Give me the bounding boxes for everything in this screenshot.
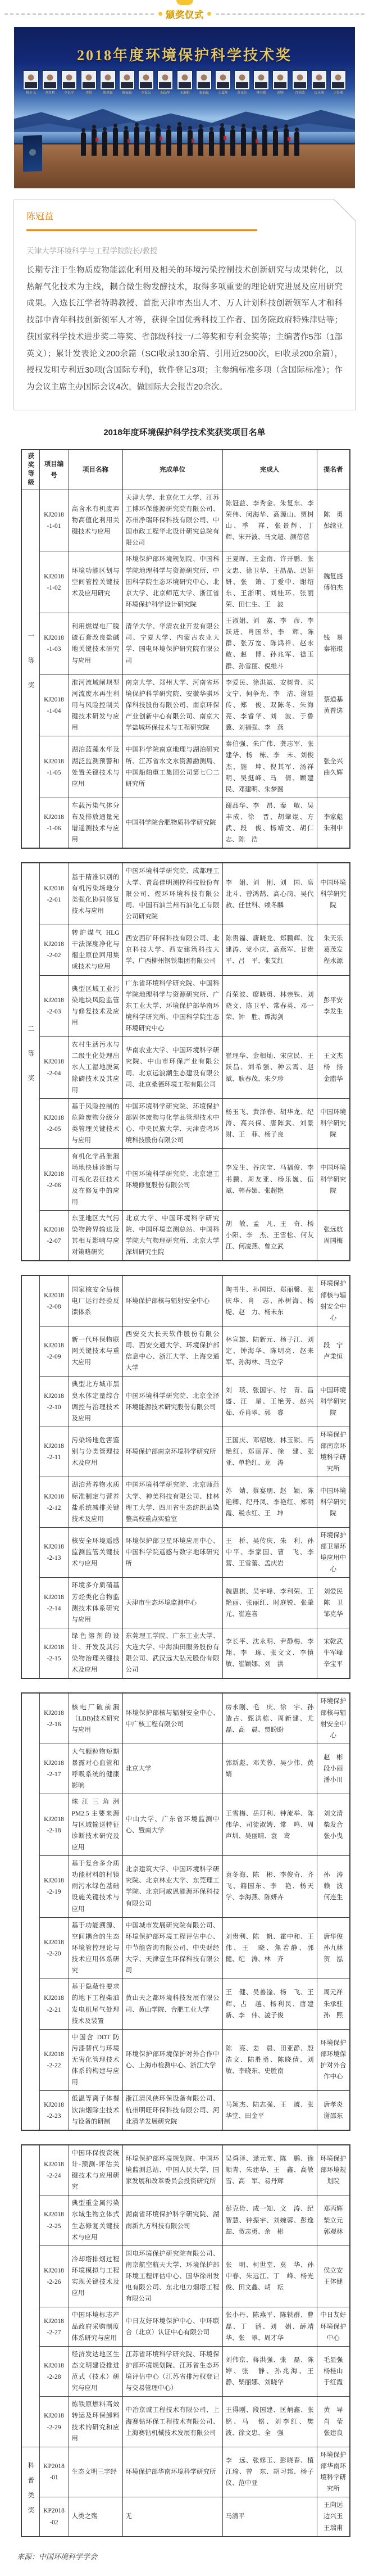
completing-units: 中国环境科学研究院、成都理工大学、青岛佳明测控科技股份有限公司、煜环环境科技有限… bbox=[122, 863, 222, 925]
project-code: KJ2018 -2-27 bbox=[39, 2307, 69, 2346]
nominator: 环境保护部南京环境科学研究所 bbox=[317, 1427, 350, 1477]
completing-units: 中国科学院南京地理与湖泊研究所、江苏省水文水资源勘测局、中国船舶重工集团公司第七… bbox=[122, 736, 222, 798]
award-tables: 获奖等级项目编号项目名称完成单位完成人提名者一等奖KJ2018 -1-01高含水… bbox=[21, 449, 348, 2537]
table-row: KJ2018 -2-21基于隐蔽性要求的地下工程柴油发电机尾气处理技术及装置黄山… bbox=[21, 1979, 350, 2030]
completing-units: 南京大学、郑州大学、河南省环境保护科学研究院、安徽华骐环保科技股份有限公司、南京… bbox=[122, 674, 222, 736]
winner-portrait: 林宣雄 bbox=[253, 71, 269, 96]
project-name: 淮河流域闸坝型河流废水再生利用与风险控制关键技术研发与应用 bbox=[69, 674, 122, 736]
table-row: KJ2018 -2-08国家核安全局核电厂运行经验反馈体系环境保护部核与辐射安全… bbox=[21, 1275, 350, 1326]
project-code: KJ2018 -2-21 bbox=[39, 1979, 69, 2030]
completing-people: 李长平、沈永明、尹静梅、李 翔、李 琢、张文文、李慎敏、崔颖娜、刘 洪 bbox=[222, 1628, 317, 1678]
award-grade-label bbox=[21, 2145, 39, 2447]
completing-units: 国电环境保护研究院有限公司、南京航空航天大学、环境保护部环境工程评估中心、国华徐… bbox=[122, 2245, 222, 2307]
nominator: 钱 易 秦裕琨 bbox=[317, 613, 350, 675]
completing-people: 王国庆、邓绍坡、林玉锁、冯艳红、郑丽萍、徐 建、张 亚、单艳红、龙 涛 bbox=[222, 1427, 317, 1477]
award-table-block-4: KJ2018 -2-16核电厂破前漏（LBB)技术研究与应用环境保护部核与辐射安… bbox=[21, 1692, 350, 2130]
people-silhouettes bbox=[31, 116, 349, 156]
completing-units: 中国环境科学研究院、环境保护部固体废物与化学品管理技术中心、中央民族大学、天津壹… bbox=[122, 1098, 222, 1149]
award-list-title: 2018年度环境保护科学技术奖获奖项目名单 bbox=[0, 426, 369, 438]
winner-portrait: 张明 bbox=[272, 71, 288, 96]
table-row: KJ2018 -2-25典型重金属污染水域生物立体式生态修复关键技术与应用湖南省… bbox=[21, 2195, 350, 2246]
table-row: KJ2018 -1-02环境功能区划与空间管控关键技术及应用研究环境保护部环境规… bbox=[21, 551, 350, 613]
project-code: KJ2018 -2-09 bbox=[39, 1326, 69, 1377]
project-name: 农村生活污水与二级生化处理出水人工湿地脱氮除磷技术及其应用 bbox=[69, 1037, 122, 1099]
winner-portrait: 杨玉飞 bbox=[23, 71, 39, 96]
page: 颁奖仪式 2018年度环境保护科学技术奖 杨玉飞刘贵利李长平李娟陈贵福陈冠益李爱… bbox=[0, 0, 369, 2561]
table-row: KJ2018 -2-20基于功能溯源、空间耦合的生态环境管控理论与技术应用体系研… bbox=[21, 1917, 350, 1979]
table-row: KJ2018 -2-23低温等离子体餐饮油烟除尘技术与设备的研制浙江清风侠环保设… bbox=[21, 2091, 350, 2130]
award-grade-label: 科普类奖 bbox=[21, 2447, 39, 2536]
winner-portrait: 李爱民 bbox=[138, 71, 154, 96]
portrait-name: 彭克俭 bbox=[236, 91, 248, 94]
completing-units: 西安西矿环保科技有限公司、北京科技大学、西安建筑科技大学、广西柳州钢铁集团有限公… bbox=[122, 925, 222, 976]
project-code: KJ2018 -2-02 bbox=[39, 925, 69, 976]
project-name: 炼铁原燃料高效转运及环保卸料技术的研究和应用 bbox=[69, 2397, 122, 2447]
completing-people: 陈冠益、李秀金、朱复东、李荣伟、闵海华、高源山、贾树山、季 祥、张景辉、丁 辉、… bbox=[222, 490, 317, 551]
person-silhouette bbox=[81, 132, 86, 156]
project-code: KJ2018 -2-23 bbox=[39, 2091, 69, 2130]
nominator: 唐孝炎 谢邵东 bbox=[317, 2091, 350, 2130]
completing-people: 林宣雄、陆新元、杨子江、刘 定、钟海华、陈明亮、赵来军、孙海林、马立学 bbox=[222, 1326, 317, 1377]
completing-people: 王夏晖、王金南、许开鹏、张文忠、徐卫华、王晶晶、迟妍妍、张 箫、丁爱中、谢绍东、… bbox=[222, 551, 317, 613]
project-code: KJ2018 -2-03 bbox=[39, 975, 69, 1037]
nominator: 张远航 周国梅 bbox=[317, 1210, 350, 1261]
nominator: 环境保护部核与辐射安全中心 bbox=[317, 1275, 350, 1326]
portrait-photo bbox=[158, 71, 172, 89]
nominator: 宋乾武 牛军峰 辛宝平 bbox=[317, 1628, 350, 1678]
portrait-name: 李娟 bbox=[83, 91, 94, 94]
project-name: 大气颗粒物短期暴露对心血管和呼吸系统的健康影响 bbox=[69, 1744, 122, 1794]
table-row: KJ2018 -2-03典型区域工业污染地块风险监管与修复技术及应用广东省环境科… bbox=[21, 975, 350, 1037]
person-silhouette bbox=[124, 130, 129, 156]
portrait-name: 李爱民 bbox=[140, 91, 152, 94]
person-silhouette bbox=[134, 126, 139, 156]
completing-units: 中国科学院合肥物质科学研究院 bbox=[122, 798, 222, 848]
project-name: 基于精准识别的有机污染场地分类强化协同修复技术与应用 bbox=[69, 863, 122, 925]
nominator: 中国环境科学研究院 bbox=[317, 1149, 350, 1211]
completing-people: 刘贵利、陈 帆、霍中和、王 伟、王 晓、焦若静、郭 健、纪 涛、林 齐 bbox=[222, 1917, 317, 1979]
project-name: 国家核安全局核电厂运行经验反馈体系 bbox=[69, 1275, 122, 1326]
nominator: 张全兴 曲久辉 bbox=[317, 736, 350, 798]
completing-people: 崔理华、金相灿、宋应民、王跃昌、刘希强、种云霄、赵 斌、耿春茂、朱夕珍 bbox=[222, 1037, 317, 1099]
person-silhouette bbox=[92, 129, 97, 156]
nominator: 中国环境科学研究院 bbox=[317, 863, 350, 925]
portrait-photo bbox=[62, 71, 76, 89]
portrait-photo bbox=[177, 71, 192, 89]
completing-people: 谢品华、李 昂、秦 敏、吴丰成、徐 晋、胡肇焜、方 武、段 俊、杨靖文、胡仁志、… bbox=[222, 798, 317, 848]
portrait-name: 杨玉飞 bbox=[25, 91, 37, 94]
folded-corner-icon bbox=[334, 200, 356, 221]
table-row: KJ2018 -1-04淮河流域闸坝型河流废水再生利用与风险控制关键技术研发与应… bbox=[21, 674, 350, 736]
completing-people: 张 明、柯世堂、莫 华、孙中春、朱远江、丁 峰、杨光俊、田文鑫、胡 耘 bbox=[222, 2245, 317, 2307]
project-name: 典型北方城市黑臭水体定量综合调控与治理技术及应用 bbox=[69, 1377, 122, 1427]
completing-units: 环境保护部卫星环境应用中心、中国科学院遥感与数字地球研究所 bbox=[122, 1527, 222, 1578]
winner-portrait: 王淑娟 bbox=[177, 71, 193, 96]
project-name: 中国环境标志产品政府采购制度体系研究与应用 bbox=[69, 2307, 122, 2346]
completing-people: 杨玉飞、黄泽春、胡华龙、纪 涛、高兴保、唐阵武、刘景财、王 菲、杨子良 bbox=[222, 1098, 317, 1149]
project-name: 高含水有机废弃物高值化利用关键技术与应用 bbox=[69, 490, 122, 551]
person-silhouette bbox=[284, 128, 289, 156]
completing-units: 北京大学、中国环境科学研究院、中国环境监测总站、中国科学院大气物理研究所、北京大… bbox=[122, 1210, 222, 1261]
project-name: 冷却塔排烟过程环境模拟与工程实现关键技术及应用 bbox=[69, 2245, 122, 2307]
screen-title: 2018年度环境保护科学技术奖 bbox=[14, 44, 355, 65]
winner-portrait: 李长平 bbox=[61, 71, 77, 96]
project-code: KJ2018 -2-17 bbox=[39, 1744, 69, 1794]
nominator: 中国环境科学研究院 bbox=[317, 1098, 350, 1149]
completing-people: 陈 亮、姜 晨、田亚静、殷浩文、陆胜勇、陈晓倩、刘 敏、李晓东、史胜南 bbox=[222, 2029, 317, 2091]
project-code: KJ2018 -2-24 bbox=[39, 2145, 69, 2195]
project-code: KJ2018 -2-13 bbox=[39, 1527, 69, 1578]
person-silhouette bbox=[102, 131, 107, 156]
winner-portrait: 谢品华 bbox=[157, 71, 173, 96]
completing-units: 环境保护部环境规划院、中国科学院地理科学与资源研究所、中国科学院生态环境研究中心… bbox=[122, 551, 222, 613]
table-row: KJ2018 -2-14环境多介质硝基芳烃类化合物监测技术体系研究与应用天津市生… bbox=[21, 1578, 350, 1628]
completing-people: 吴舜泽、逯元堂、陈 鹏、徐顺青、朱建华、王 鑫、高敏雪、高 军、易丹辉 bbox=[222, 2145, 317, 2195]
ceremony-photo: 2018年度环境保护科学技术奖 杨玉飞刘贵利李长平李娟陈贵福陈冠益李爱民谢品华王… bbox=[14, 27, 355, 188]
completing-units: 北京建筑大学、中国环境科学研究院、北京林业大学、东莞理工学院、北京阿威恩能源环保… bbox=[122, 1856, 222, 1918]
portrait-name: 秦伯强 bbox=[198, 91, 209, 94]
person-silhouette bbox=[145, 130, 150, 156]
project-name: 环境多介质硝基芳烃类化合物监测技术体系研究与应用 bbox=[69, 1578, 122, 1628]
person-silhouette bbox=[156, 128, 161, 156]
section-badge: 颁奖仪式 bbox=[158, 7, 211, 20]
award-table-block-2: 二等奖KJ2018 -2-01基于精准识别的有机污染场地分类强化协同修复技术与应… bbox=[21, 862, 350, 1261]
portrait-name: 房永刚 bbox=[313, 91, 325, 94]
portrait-photo bbox=[197, 71, 211, 89]
winner-portrait: 陈贵福 bbox=[100, 71, 116, 96]
nominator: 中国环境科学研究院 bbox=[317, 1477, 350, 1528]
winner-portrait: 房永刚 bbox=[311, 71, 327, 96]
project-name: 有机化学品泄漏场地快速诊断与可视化表征技术及在修复中的应用 bbox=[69, 1149, 122, 1211]
nominator: 魏复盛 傅伯杰 bbox=[317, 551, 350, 613]
table-row: KJ2018 -2-22中国含 DDT 防污漆替代与环境无害化管理技术体系的构建… bbox=[21, 2029, 350, 2091]
nominator: 侯立安 王体健 bbox=[317, 2245, 350, 2307]
project-code: KP2018 -01 bbox=[39, 2447, 69, 2497]
table-row: KJ2018 -1-05湖泊蓝藻水华及湖泛监测预警和处置关键技术与应用中国科学院… bbox=[21, 736, 350, 798]
nominator: 刘文清 柴发合 张小曳 bbox=[317, 1794, 350, 1856]
project-name: 核安全环境遥感监测监管关键技术与应用 bbox=[69, 1527, 122, 1578]
nominator: 郑丙辉 柴立元 郭观林 bbox=[317, 2195, 350, 2246]
portrait-name: 张明 bbox=[275, 91, 286, 94]
column-header: 获奖等级 bbox=[21, 450, 39, 490]
nominator: 王向远 边兴玉 王瑞甫 bbox=[317, 2497, 350, 2537]
table-row: KJ2018 -1-06车载污染气体分布及排放通量光谱遥测技术与应用中国科学院合… bbox=[21, 798, 350, 848]
portrait-name: 陈贵福 bbox=[102, 91, 113, 94]
completing-people: 胡 敏、孟 凡、王 奇、杨小阳、李 杰、王雪松、何友江、何凌燕、曾立武 bbox=[222, 1210, 317, 1261]
column-header: 项目编号 bbox=[39, 450, 69, 490]
nominator: 黄 导 肖 莹 张建良 bbox=[317, 2397, 350, 2447]
award-grade-label bbox=[21, 1275, 39, 1678]
table-row: KJ2018 -2-28经济发达地区生态文明建设推进范式（技术）研究与应用江苏省… bbox=[21, 2346, 350, 2397]
table-row: KJ2018 -2-13核安全环境遥感监测监管关键技术与应用环境保护部卫星环境应… bbox=[21, 1527, 350, 1578]
project-code: KJ2018 -2-01 bbox=[39, 863, 69, 925]
table-row: KJ2018 -2-15绿色溶剂的设计、开发及其污染物治理关键技术及应用东莞理工… bbox=[21, 1628, 350, 1678]
project-code: KJ2018 -2-04 bbox=[39, 1037, 69, 1099]
completing-units: 江苏省环境科学研究院、环境保护部环境规划院、江苏省生态环境评估中心（江苏省排污权… bbox=[122, 2346, 222, 2397]
winner-portrait: 秦伯强 bbox=[196, 71, 212, 96]
nominator: 毛显强 杨桂山 于红霞 bbox=[317, 2346, 350, 2397]
project-code: KP2018 -02 bbox=[39, 2497, 69, 2537]
project-code: KJ2018 -2-18 bbox=[39, 1794, 69, 1856]
project-name: 核电厂破前漏（LBB)技术研究与应用 bbox=[69, 1693, 122, 1744]
project-name: 基于风险控制的危险废物分级分类管理关键技术与应用 bbox=[69, 1098, 122, 1149]
completing-units: 中国城市发展研究院有限公司、环境保护部环境工程评估中心、中节能咨询有限公司、中央… bbox=[122, 1917, 222, 1979]
award-table-block-5: KJ2018 -2-24中国环保投资统计-预测-评估关键技术与应用研究环境保护部… bbox=[21, 2144, 350, 2537]
project-code: KJ2018 -2-11 bbox=[39, 1427, 69, 1477]
table-row: KJ2018 -2-19基于复合多介质功能材料的村镇雨污水绿色基础设施关键技术与… bbox=[21, 1856, 350, 1918]
completing-people: 秦伯强、朱广伟、龚志军、张建华、杨 栋、李 未、刘俊杰、施 坤、倪其军、汤祥明、… bbox=[222, 736, 317, 798]
winner-portraits-row: 杨玉飞刘贵利李长平李娟陈贵福陈冠益李爱民谢品华王淑娟秦伯强王夏晖彭克俭林宣雄张明… bbox=[23, 71, 346, 96]
portrait-name: 林宣雄 bbox=[256, 91, 267, 94]
completing-units: 东莞理工学院、广东工业大学、大连大学、中海油田服务股份有限公司、武汉远大弘元股份… bbox=[122, 1628, 222, 1678]
completing-people: 苏 婧、蔡宴朋、赵 颖、陈艳卿、纪丹凤、李艳红、郑明霞、税永红、王 坤 bbox=[222, 1477, 317, 1528]
completing-people: 王 桥、吴传庆、朱 利、孙中平、李家国、曹 飞、李 营、王雪蕾、孟庆岩 bbox=[222, 1527, 317, 1578]
project-code: KJ2018 -2-05 bbox=[39, 1098, 69, 1149]
project-code: KJ2018 -1-03 bbox=[39, 613, 69, 675]
project-name: 低温等离子体餐饮油烟除尘技术与设备的研制 bbox=[69, 2091, 122, 2130]
completing-units: 中国环境科学研究院、北京师范大学、神美科技有限公司、桂林理工大学、四川省生态纺织… bbox=[122, 1477, 222, 1528]
completing-units: 天津大学、北京化工大学、江苏工博环保能源研究院有限公司、苏州净瑞环保科技有限公司… bbox=[122, 490, 222, 551]
award-table-block-3: KJ2018 -2-08国家核安全局核电厂运行经验反馈体系环境保护部核与辐射安全… bbox=[21, 1275, 350, 1679]
table-row: 一等奖KJ2018 -1-01高含水有机废弃物高值化利用关键技术与应用天津大学、… bbox=[21, 490, 350, 551]
nominator: 陈 勇 彭续亚 bbox=[317, 490, 350, 551]
completing-people: 魏恩棋、吴宇峰、李利荣、王艳丽、张丽红、时庭锐、张肇元、崔连喜 bbox=[222, 1578, 317, 1628]
dashed-line-left bbox=[4, 13, 154, 15]
completing-units: 环境保护部环境规划院、中国环境监测总站、中国人民大学、国家发展和改革委员会投资研… bbox=[122, 2145, 222, 2195]
table-row: KJ2018 -2-24中国环保投资统计-预测-评估关键技术与应用研究环境保护部… bbox=[21, 2145, 350, 2195]
completing-units: 无 bbox=[122, 2497, 222, 2537]
project-name: 典型重金属污染水域生物立体式生态修复关键技术与应用 bbox=[69, 2195, 122, 2246]
nominator: 中日友好环境保护中心 bbox=[317, 2307, 350, 2346]
winner-portrait: 刘贵利 bbox=[42, 71, 58, 96]
table-row: 二等奖KJ2018 -2-01基于精准识别的有机污染场地分类强化协同修复技术与应… bbox=[21, 863, 350, 925]
person-silhouette bbox=[220, 127, 225, 156]
nominator: 刘爱民 陈 卫 邹克华 bbox=[317, 1578, 350, 1628]
completing-people: 李爱民、徐洪斌、安树青、买文宁、何争光、李 洁、谢显传、郑 俊、双陈冬、朱海亮、… bbox=[222, 674, 317, 736]
project-name: 基于功能溯源、空间耦合的生态环境管控理论与技术应用体系研究 bbox=[69, 1917, 122, 1979]
person-silhouette bbox=[273, 130, 278, 156]
completing-people: 马颖杰、陆志强、王 琥、张华堂、田金平 bbox=[222, 2091, 317, 2130]
project-name: 珠江三角洲 PM2.5 主要来源与区域输送特征诊断技术研究及应用 bbox=[69, 1794, 122, 1856]
nominator: 环境保护部环境规划院 bbox=[317, 2145, 350, 2195]
table-row: 科普类奖KP2018 -01生态文明三字经环境保护部华南环境科学研究所李 远、张… bbox=[21, 2447, 350, 2497]
project-code: KJ2018 -1-04 bbox=[39, 674, 69, 736]
table-row: KJ2018 -2-10典型北方城市黑臭水体定量综合调控与治理技术及应用中国环境… bbox=[21, 1377, 350, 1427]
completing-units: 环境保护部环境保护对外合作中心、上海市检测中心、浙江大学 bbox=[122, 2029, 222, 2091]
nominator: 中国环境科学研究院 bbox=[317, 1377, 350, 1427]
nominator: 环境保护部环境保护对外合作中心 bbox=[317, 2029, 350, 2091]
project-name: 生态文明三字经 bbox=[69, 2447, 122, 2497]
portrait-photo bbox=[101, 71, 115, 89]
completing-people: 陶书生、孙国臣、郑丽馨、张庆华、肖 志、孙树海、杨 堤、赵 力、杨未东 bbox=[222, 1275, 317, 1326]
person-silhouette bbox=[241, 128, 246, 156]
completing-units: 中冶京诚工程技术有限公司、上海赛钻环保工程技术有限公司、上海赛钻机械技术发展有限… bbox=[122, 2397, 222, 2447]
project-name: 人类之殇 bbox=[69, 2497, 122, 2537]
completing-people: 郭新彪、邓芙蓉、吴少伟、黄 婧 bbox=[222, 1744, 317, 1794]
project-name: 车载污染气体分布及排放通量光谱遥测技术与应用 bbox=[69, 798, 122, 848]
completing-people: 刘 琰、张国宇、付 青、昌 盛、汪 星、王艳芳、赵兴茹、乔肖翠、郭 睿 bbox=[222, 1377, 317, 1427]
portrait-name: 王夏晖 bbox=[217, 91, 229, 94]
project-name: 基于复合多介质功能材料的村镇雨污水绿色基础设施关键技术与应用 bbox=[69, 1856, 122, 1918]
person-silhouette bbox=[262, 129, 267, 156]
nominator: 朱天乐 葛茂发 程水源 bbox=[317, 925, 350, 976]
project-code: KJ2018 -2-07 bbox=[39, 1210, 69, 1261]
profile-bio: 长期专注于生物质废物能源化利用及相关的环境污染控制技术创新研究与成果转化，以热解… bbox=[26, 262, 343, 396]
completing-units: 湖南省环境保护科学研究院、湖南新九方科技有限公司 bbox=[122, 2195, 222, 2246]
project-name: 中国环保投资统计-预测-评估关键技术与应用研究 bbox=[69, 2145, 122, 2195]
table-row: KP2018 -02人类之殇无马清平王向远 边兴玉 王瑞甫 bbox=[21, 2497, 350, 2537]
portrait-photo bbox=[216, 71, 230, 89]
orange-rule bbox=[26, 229, 257, 231]
source-note: 来源：中国环境科学学会 bbox=[17, 2551, 369, 2561]
table-row: KJ2018 -2-12湖泊营养物水质标准制定与营养盐系统减排关键技术及应用中国… bbox=[21, 1477, 350, 1528]
portrait-name: 陈冠益 bbox=[121, 91, 133, 94]
podium bbox=[23, 135, 42, 172]
portrait-name: 李长平 bbox=[63, 91, 75, 94]
person-silhouette bbox=[177, 126, 182, 156]
portrait-photo bbox=[254, 71, 268, 89]
project-name: 湖泊蓝藻水华及湖泛监测预警和处置关键技术与应用 bbox=[69, 736, 122, 798]
portrait-photo bbox=[43, 71, 57, 89]
person-silhouette bbox=[188, 130, 193, 156]
completing-units: 环境保护部华南环境科学研究所 bbox=[122, 2447, 222, 2497]
portrait-name: 刘贵利 bbox=[44, 91, 56, 94]
project-name: 环境功能区划与空间管控关键技术及应用研究 bbox=[69, 551, 122, 613]
person-silhouette bbox=[198, 128, 203, 156]
project-code: KJ2018 -1-01 bbox=[39, 490, 69, 551]
completing-people: 马清平 bbox=[222, 2497, 317, 2537]
nominator: 王文杰 杨 扬 金腊华 bbox=[317, 1037, 350, 1099]
completing-units: 广东省环境科学研究院、中国科学院地理科学与资源研究所、广东工业大学、环境保护部华… bbox=[122, 975, 222, 1037]
nominator: 赵 彬 段小丽 潘小川 bbox=[317, 1744, 350, 1794]
table-row: KJ2018 -2-27中国环境标志产品政府采购制度体系研究与应用中日友好环境保… bbox=[21, 2307, 350, 2346]
project-code: KJ2018 -2-12 bbox=[39, 1477, 69, 1528]
table-row: KJ2018 -2-09新一代环保物联网关键技术与重大应用西安交大长天软件股份有… bbox=[21, 1326, 350, 1377]
portrait-photo bbox=[293, 71, 307, 89]
completing-people: 房永刚、毛 庆、徐 宇、孙造占、甄洪栋、周新建、尤 磊、高 晨、贾盼盼 bbox=[222, 1693, 317, 1744]
project-name: 转炉煤气 HLG 干法深度净化与烟尘原位回用集成技术与应用 bbox=[69, 925, 122, 976]
portrait-photo bbox=[120, 71, 134, 89]
project-name: 经济发达地区生态文明建设推进范式（技术）研究与应用 bbox=[69, 2346, 122, 2397]
completing-units: 华南农业大学、中国环境科学研究院、中山市环保产业有限公司、北京远浪潮生态建设有限… bbox=[122, 1037, 222, 1099]
table-row: KJ2018 -2-07东亚地区大气污染物跨界输送及其相互影响与应对策略研究北京… bbox=[21, 1210, 350, 1261]
table-row: KJ2018 -2-11污染场地危害鉴别与分类管理技术及应用环境保护部南京环境科… bbox=[21, 1427, 350, 1477]
completing-people: 彭克俭、成一知、文 涛、纪智慧、钟振宇、刘婉蓉、彭逸喆、贺志勇、余 彬 bbox=[222, 2195, 317, 2246]
nominator: 环境保护部华南环境科学研究所 bbox=[317, 2447, 350, 2497]
portrait-photo bbox=[81, 71, 96, 89]
column-header: 提名者 bbox=[317, 450, 350, 490]
nominator: 周元祥 朱承驻 孙 熙 bbox=[317, 1979, 350, 2030]
project-name: 中国含 DDT 防污漆替代与环境无害化管理技术体系的构建与应用 bbox=[69, 2029, 122, 2091]
column-header: 项目名称 bbox=[69, 450, 122, 490]
project-code: KJ2018 -1-05 bbox=[39, 736, 69, 798]
table-row: KJ2018 -2-26冷却塔排烟过程环境模拟与工程实现关键技术及应用国电环境保… bbox=[21, 2245, 350, 2307]
table-row: KJ2018 -2-06有机化学品泄漏场地快速诊断与可视化表征技术及在修复中的应… bbox=[21, 1149, 350, 1211]
project-name: 湖泊营养物水质标准制定与营养盐系统减排关键技术及应用 bbox=[69, 1477, 122, 1528]
nominator: 彭平安 李发生 bbox=[317, 975, 350, 1037]
person-silhouette bbox=[166, 129, 171, 156]
project-code: KJ2018 -2-06 bbox=[39, 1149, 69, 1211]
winner-portrait: 李娟 bbox=[81, 71, 97, 96]
completing-people: 李发生、谷庆宝、马福俊、李书鹏、周友亚、杨乐巍、伍 斌、韩春媚、张超艳 bbox=[222, 1149, 317, 1211]
project-code: KJ2018 -2-16 bbox=[39, 1693, 69, 1744]
project-name: 新一代环保物联网关键技术与重大应用 bbox=[69, 1326, 122, 1377]
winner-portrait: 彭克俭 bbox=[234, 71, 250, 96]
column-header: 完成单位 bbox=[122, 450, 222, 490]
completing-units: 西安交大长天软件股份有限公司、西安交通大学、环境保护部信息中心、浙江大学、上海交… bbox=[122, 1326, 222, 1377]
winner-portrait: 陈冠益 bbox=[119, 71, 135, 96]
nominator: 段 宁 卢秉恒 bbox=[317, 1326, 350, 1377]
nominator: 环境保护部卫星环境应用中心 bbox=[317, 1527, 350, 1578]
completing-people: 刘伟京、蒋洪强、张 磊、陈 婷、张 静、孙兆海、王 静、柴丽娜、刘晓华 bbox=[222, 2346, 317, 2397]
completing-people: 王雪梅、岳玎利、钟流举、陈伟华、司徒淑娉、常 鸣、周声圳、吴丽晴、袁 鸾 bbox=[222, 1794, 317, 1856]
project-code: KJ2018 -2-25 bbox=[39, 2195, 69, 2246]
award-grade-label: 一等奖 bbox=[21, 490, 39, 848]
completing-people: 王淑娟、刘 嘉、李 彦、李跃进、肖国举、李 辉、陈 群、张万宽、陈鸿祥、赵永敢、… bbox=[222, 613, 317, 675]
section-badge-label: 颁奖仪式 bbox=[166, 7, 204, 20]
table-row: KJ2018 -2-05基于风险控制的危险废物分级分类管理关键技术与应用中国环境… bbox=[21, 1098, 350, 1149]
portrait-photo bbox=[139, 71, 153, 89]
award-grade-label: 二等奖 bbox=[21, 863, 39, 1261]
table-header-row: 获奖等级项目编号项目名称完成单位完成人提名者 bbox=[21, 450, 350, 490]
project-code: KJ2018 -2-28 bbox=[39, 2346, 69, 2397]
winner-portrait: 王夏晖 bbox=[215, 71, 231, 96]
completing-units: 环境保护部南京环境科学研究所 bbox=[122, 1427, 222, 1477]
table-row: KJ2018 -2-16核电厂破前漏（LBB)技术研究与应用环境保护部核与辐射安… bbox=[21, 1693, 350, 1744]
portrait-name: 王淑娟 bbox=[179, 91, 190, 94]
section-divider: 颁奖仪式 bbox=[4, 7, 365, 20]
completing-people: 李 娟、刘 俐、刘 国、席北斗、曾鸿鹄、高心岗、吴代赦、任世科、赖冬麟 bbox=[222, 863, 317, 925]
person-silhouette bbox=[113, 128, 118, 156]
project-code: KJ2018 -2-15 bbox=[39, 1628, 69, 1678]
portrait-photo bbox=[312, 71, 326, 89]
table-row: KJ2018 -2-18珠江三角洲 PM2.5 主要来源与区域输送特征诊断技术研… bbox=[21, 1794, 350, 1856]
completing-units: 中国环境科学研究院、北京金泽环境能源技术研究股份有限公司 bbox=[122, 1377, 222, 1427]
project-code: KJ2018 -1-02 bbox=[39, 551, 69, 613]
project-code: KJ2018 -2-14 bbox=[39, 1578, 69, 1628]
profile-name: 陈冠益 bbox=[26, 209, 343, 222]
table-row: KJ2018 -2-02转炉煤气 HLG 干法深度净化与烟尘原位回用集成技术与应… bbox=[21, 925, 350, 976]
table-row: KJ2018 -2-17大气颗粒物短期暴露对心血管和呼吸系统的健康影响北京大学郭… bbox=[21, 1744, 350, 1794]
completing-units: 中山大学、广东省环境监测中心、暨南大学 bbox=[122, 1794, 222, 1856]
nominator: 蔡道基 黄普选 bbox=[317, 674, 350, 736]
award-table-block-1: 获奖等级项目编号项目名称完成单位完成人提名者一等奖KJ2018 -1-01高含水… bbox=[21, 449, 350, 849]
project-code: KJ2018 -2-08 bbox=[39, 1275, 69, 1326]
portrait-photo bbox=[235, 71, 249, 89]
project-code: KJ2018 -2-10 bbox=[39, 1377, 69, 1427]
person-silhouette bbox=[294, 132, 299, 156]
project-code: KJ2018 -2-22 bbox=[39, 2029, 69, 2091]
project-name: 污染场地危害鉴别与分类管理技术及应用 bbox=[69, 1427, 122, 1477]
person-silhouette bbox=[230, 129, 235, 156]
portrait-name: 谢品华 bbox=[160, 91, 171, 94]
completing-people: 袁冬海、陈 彬、李俊奇、齐 飞、籍国东、李 艳、杨天学、李海燕、陈妍卉 bbox=[222, 1856, 317, 1918]
project-code: KJ2018 -2-20 bbox=[39, 1917, 69, 1979]
portrait-photo bbox=[24, 71, 38, 89]
table-row: KJ2018 -2-04农村生活污水与二级生化处理出水人工湿地脱氮除磷技术及其应… bbox=[21, 1037, 350, 1099]
project-code: KJ2018 -2-26 bbox=[39, 2245, 69, 2307]
nominator: 李家彪 朱利中 bbox=[317, 798, 350, 848]
award-grade-label bbox=[21, 1693, 39, 2130]
portrait-photo bbox=[331, 71, 345, 89]
completing-units: 清华大学、华清农业开发有限公司、宁夏大学、内蒙古农业大学、国电环境保护研究院有限… bbox=[122, 613, 222, 675]
project-name: 利用燃煤电厂脱硫石膏改良盐碱地关键技术研究与应用 bbox=[69, 613, 122, 675]
top-ornament bbox=[176, 0, 193, 5]
completing-people: 陈贵福、唐晓龙、郑鹏辉、沈建涛、党小庆、高燕军、甘贵平、吕 平、张艾红 bbox=[222, 925, 317, 976]
completing-people: 张小丹、陈燕平、陈轶群、曹 磊、丁 鸻、刘 娟、薛靖华、张 翠、周才华 bbox=[222, 2307, 317, 2346]
portrait-name: 王得刚 bbox=[332, 91, 344, 94]
project-name: 绿色溶剂的设计、开发及其污染物治理关键技术及应用 bbox=[69, 1628, 122, 1678]
